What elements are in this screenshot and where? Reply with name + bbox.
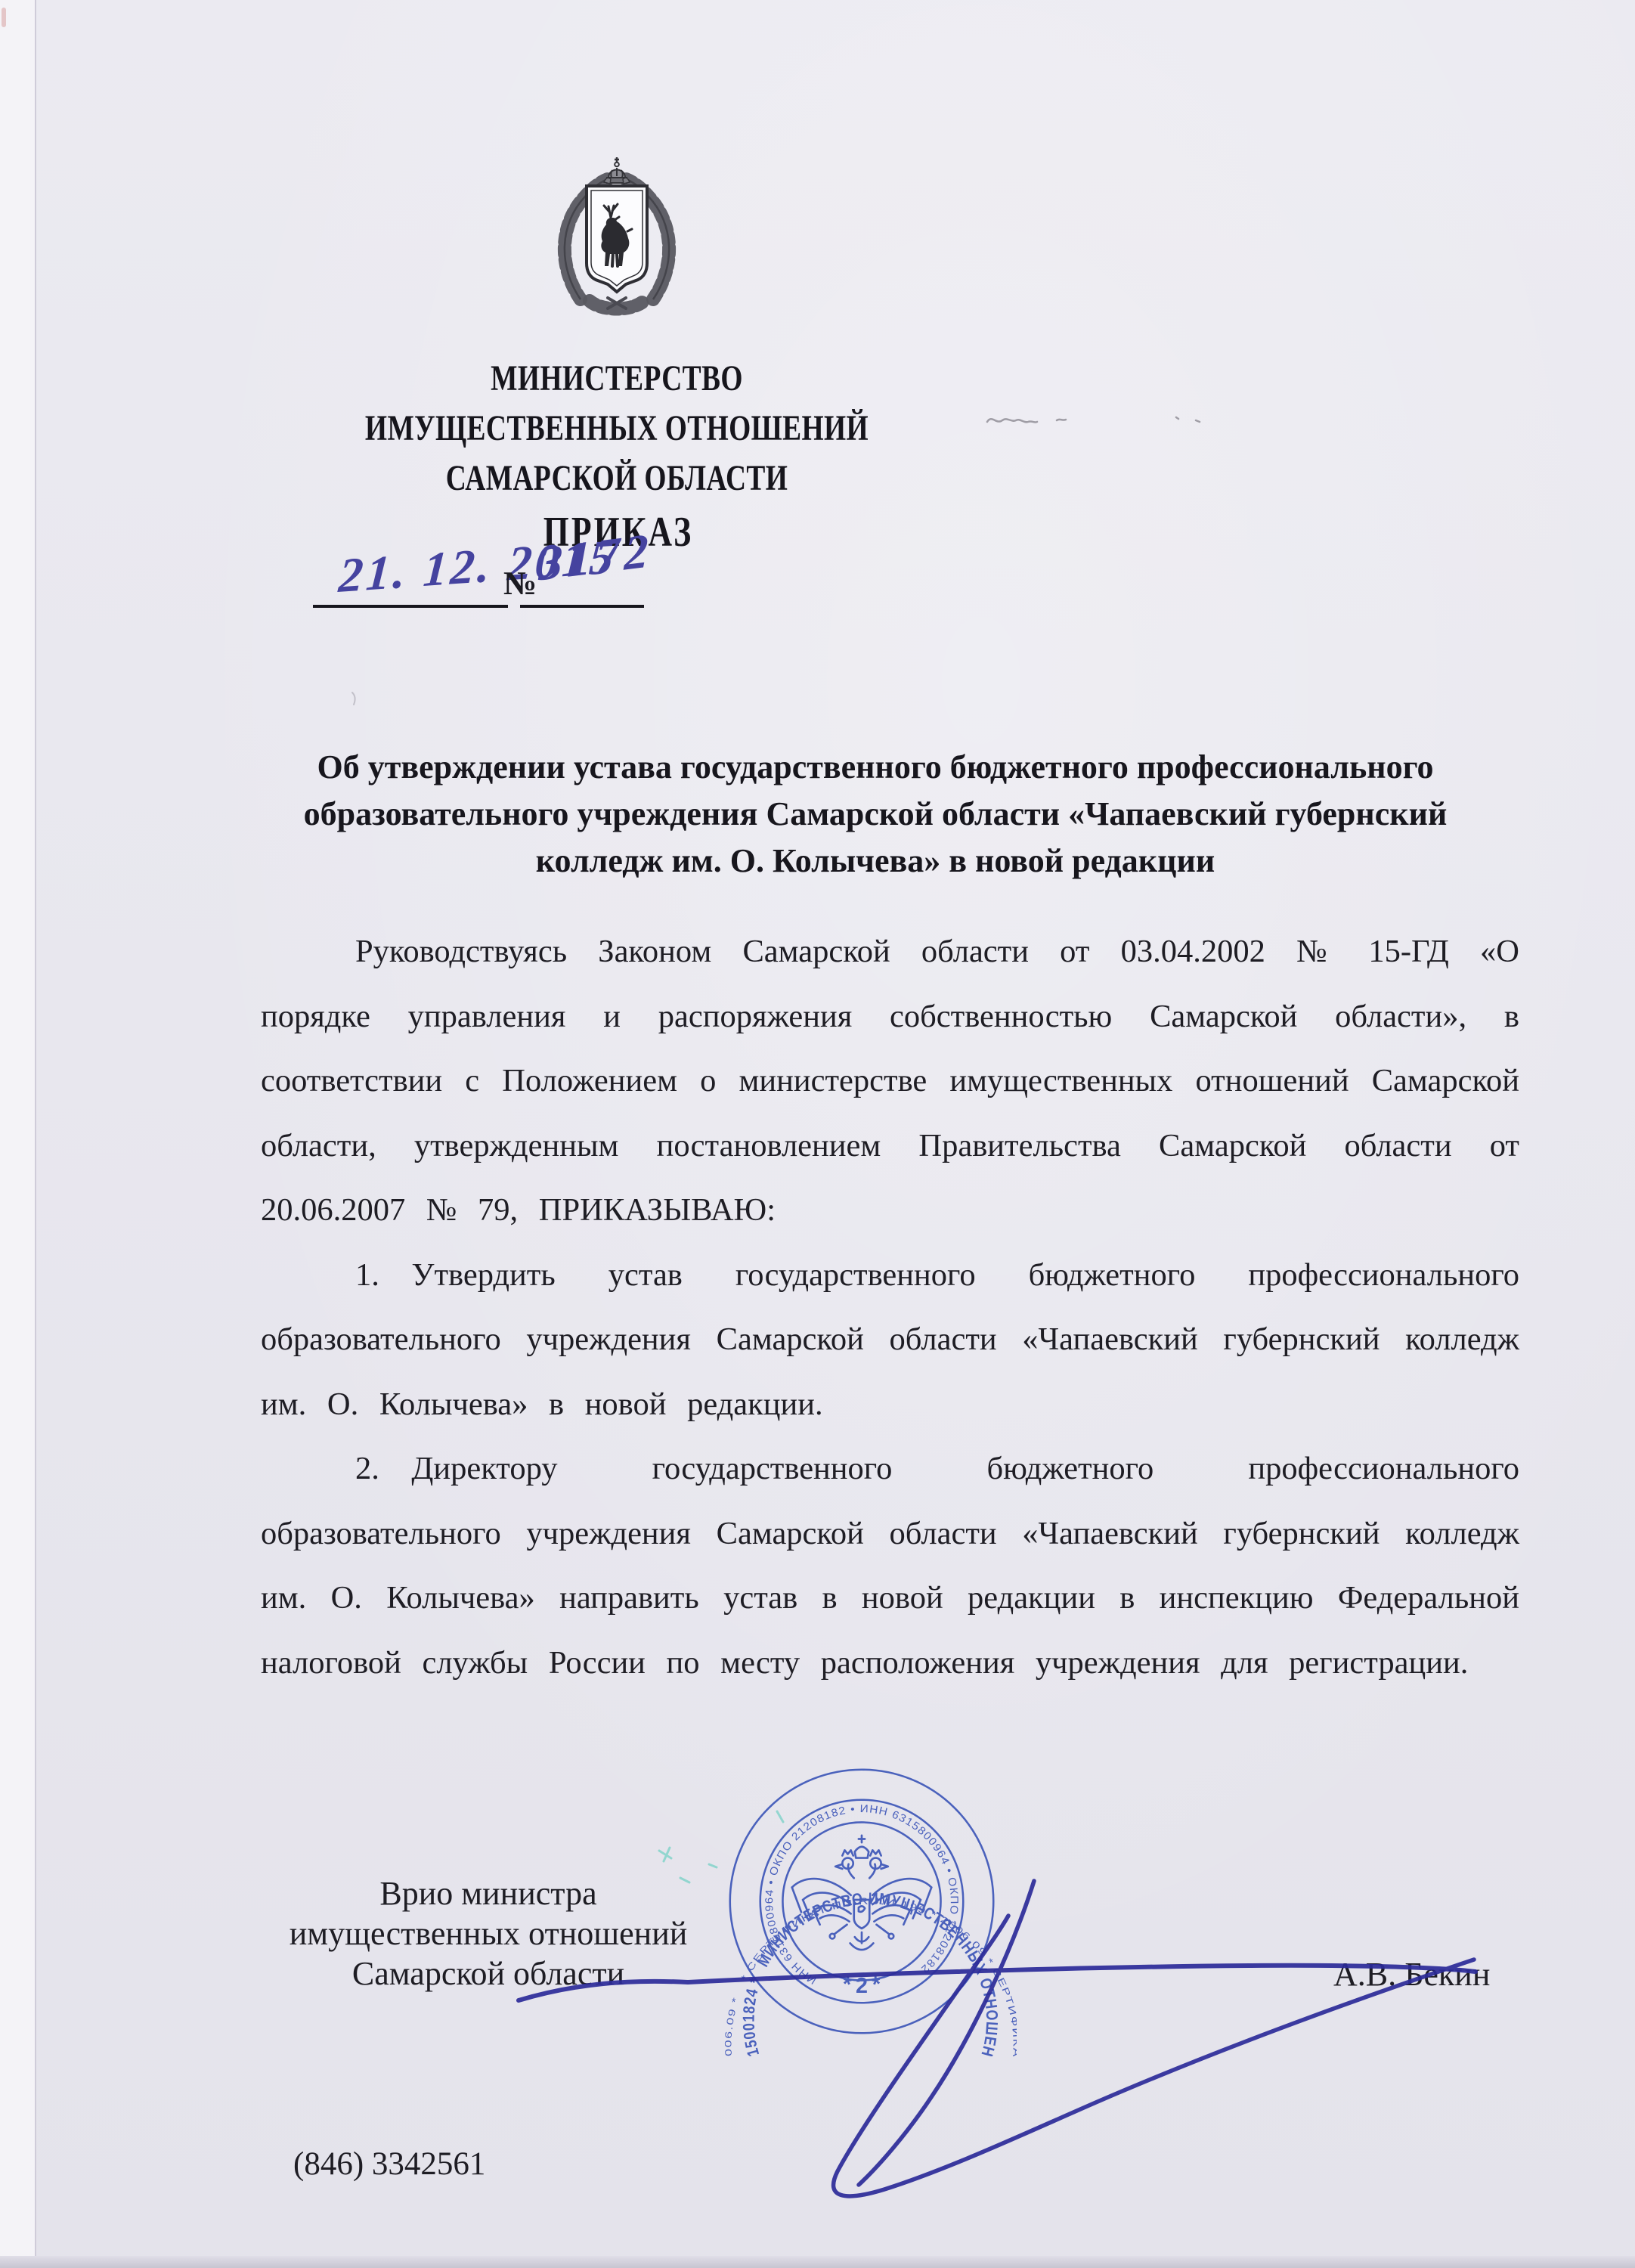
footer-phone: (846) 3342561 [293, 2146, 485, 2183]
number-underline [520, 605, 644, 608]
signer-role-line-2: имущественных отношений [257, 1913, 720, 1954]
paragraph-item-1: 1. Утвердить устав государственного бюдж… [261, 1243, 1519, 1437]
ministry-line-2: ИМУЩЕСТВЕННЫХ ОТНОШЕНИЙ [316, 404, 918, 454]
svg-text:* 2 *: * 2 * [841, 1972, 884, 1998]
stamp-branch-number: * 2 * [841, 1972, 884, 1998]
date-underline [313, 605, 508, 608]
number-sign: № [503, 564, 537, 603]
crown-icon [604, 157, 630, 184]
ministry-line-3: САМАРСКОЙ ОБЛАСТИ [316, 454, 918, 503]
ministry-line-1: МИНИСТЕРСТВО [316, 354, 918, 404]
signer-role-block: Врио министра имущественных отношений Са… [257, 1873, 720, 1994]
signer-role-line-3: Самарской области [257, 1954, 720, 1994]
scan-corner-mark [2, 8, 6, 27]
scan-bottom-edge [0, 2256, 1635, 2268]
ministry-header: МИНИСТЕРСТВО ИМУЩЕСТВЕННЫХ ОТНОШЕНИЙ САМ… [316, 354, 918, 503]
paragraph-item-2: 2. Директору государственного бюджетного… [261, 1436, 1519, 1695]
order-title: Об утверждении устава государственного б… [255, 744, 1495, 885]
scan-edge [0, 0, 36, 2268]
samara-region-coat-of-arms-icon [541, 151, 692, 329]
signer-name: А.В. Бекин [1333, 1955, 1490, 1994]
signer-role-line-1: Врио министра [257, 1873, 720, 1913]
ministry-round-stamp: * СЕРТИФИКАТ ПС.RU.И.199 * 2006.09 * СЕР… [707, 1746, 1017, 2056]
order-body: Руководствуясь Законом Самарской области… [261, 919, 1519, 1695]
shield [587, 186, 647, 292]
scanned-order-document: МИНИСТЕРСТВО ИМУЩЕСТВЕННЫХ ОТНОШЕНИЙ САМ… [0, 0, 1635, 2268]
paragraph-preamble: Руководствуясь Законом Самарской области… [261, 919, 1519, 1243]
